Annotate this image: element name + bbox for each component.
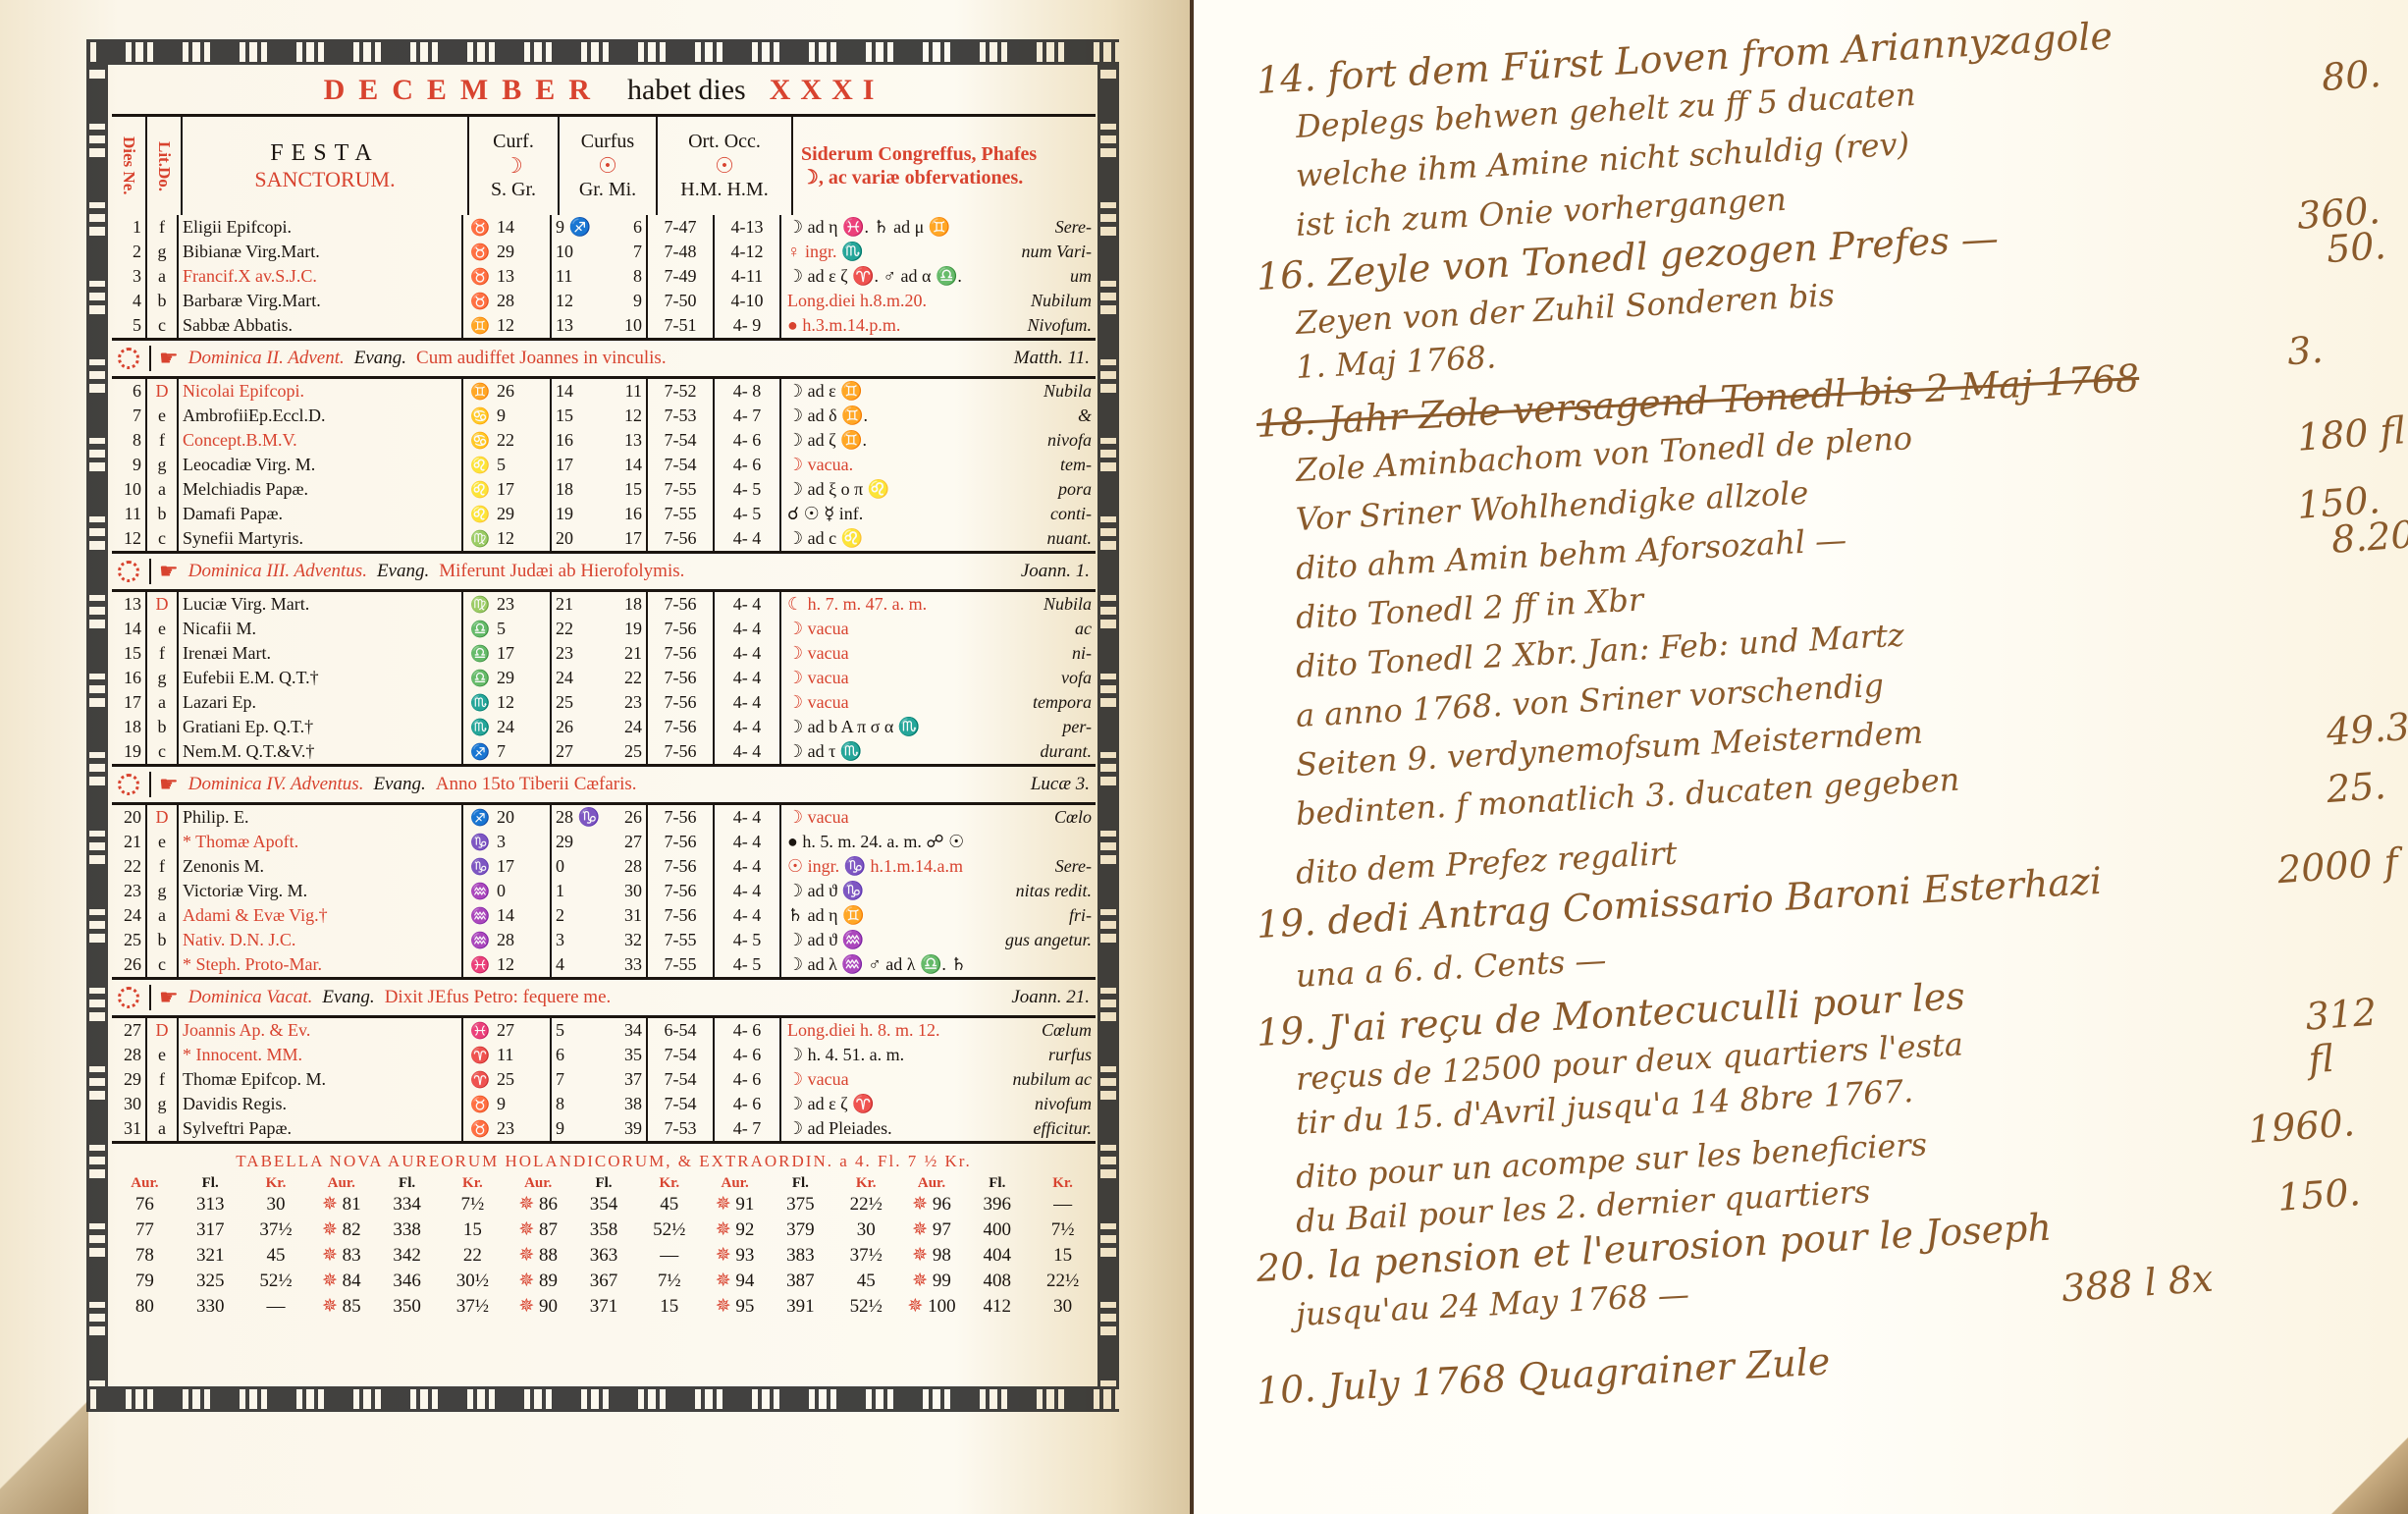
table-cell: 371 bbox=[571, 1294, 637, 1320]
saint-feast: AmbrofiiEp.Eccl.D. bbox=[179, 404, 463, 428]
sunrise-time: 7-54 bbox=[648, 428, 715, 453]
zodiac-sign-icon: ♒ bbox=[463, 931, 497, 950]
sunrise-time: 7-56 bbox=[648, 854, 715, 879]
weather-forecast: & bbox=[964, 406, 1096, 426]
moon-degree: 23 bbox=[497, 592, 552, 617]
sunset-time: 4- 6 bbox=[715, 1092, 781, 1116]
sunset-time: 4- 5 bbox=[715, 477, 781, 502]
saint-feast: * Innocent. MM. bbox=[179, 1043, 463, 1067]
star-ornament-icon: ✵ bbox=[716, 1194, 736, 1215]
calendar-day-row: 20DPhilip. E.♐2028 ♑267-564- 4☽ vacuaCœl… bbox=[112, 805, 1096, 830]
sun-degree: 15 bbox=[552, 406, 599, 426]
ledger-entry-line: 10. July 1768 Quagrainer Zule bbox=[1256, 1339, 1832, 1413]
header-dies: Dies Ne. bbox=[119, 136, 138, 194]
calendar-day-row: 21e* Thomæ Apoft.♑329277-564- 4● h. 5. m… bbox=[112, 830, 1096, 854]
sun-minute: 8 bbox=[599, 264, 648, 289]
table-cell: 354 bbox=[571, 1192, 637, 1217]
saint-feast: Adami & Evæ Vig.† bbox=[179, 903, 463, 928]
sunset-time: 4- 4 bbox=[715, 903, 781, 928]
saint-feast: Davidis Regis. bbox=[179, 1092, 463, 1116]
table-cell: 30½ bbox=[440, 1269, 506, 1294]
astronomical-observation: ☽ ad η ♓. ♄ ad μ ♊ bbox=[781, 217, 964, 238]
table-cell: ✵ 88 bbox=[506, 1243, 571, 1269]
sunset-time: 4- 4 bbox=[715, 715, 781, 739]
day-number: 1 bbox=[112, 217, 145, 238]
sunrise-time: 7-52 bbox=[648, 379, 715, 404]
sunrise-time: 7-55 bbox=[648, 477, 715, 502]
sunset-time: 4-10 bbox=[715, 289, 781, 313]
day-number: 13 bbox=[112, 594, 145, 615]
calendar-day-row: 25bNativ. D.N. J.C.♒283327-554- 5☽ ad ϑ … bbox=[112, 928, 1096, 952]
zodiac-sign-icon: ♏ bbox=[463, 718, 497, 737]
calendar-day-row: 31aSylveftri Papæ.♉239397-534- 7☽ ad Ple… bbox=[112, 1116, 1096, 1141]
saint-feast: Nem.M. Q.T.&V.† bbox=[179, 739, 463, 764]
sun-minute: 30 bbox=[599, 879, 648, 903]
ornamental-border-bottom bbox=[86, 1386, 1119, 1412]
table-cell: 80 bbox=[112, 1294, 178, 1320]
sun-degree: 22 bbox=[552, 619, 599, 639]
astronomical-observation: ☽ ad ξ ο π ♌ bbox=[781, 479, 964, 500]
calendar-day-row: 13DLuciæ Virg. Mart.♍2321187-564- 4☾ h. … bbox=[112, 592, 1096, 617]
sun-minute: 10 bbox=[599, 313, 648, 338]
sun-minute: 19 bbox=[599, 617, 648, 641]
gospel-text: Cum audiffet Joannes in vinculis. bbox=[416, 348, 667, 369]
sunset-time: 4- 4 bbox=[715, 641, 781, 666]
weather-forecast: ni- bbox=[964, 643, 1096, 664]
table-cell: 391 bbox=[768, 1294, 833, 1320]
table-cell: 325 bbox=[178, 1269, 243, 1294]
sun-degree: 2 bbox=[552, 905, 599, 926]
weather-forecast: tempora bbox=[964, 692, 1096, 713]
ledger-entry-line: dito Tonedl 2 ff in Xbr bbox=[1295, 580, 1644, 636]
moon-degree: 12 bbox=[497, 952, 552, 977]
zodiac-sign-icon: ♒ bbox=[463, 906, 497, 926]
zodiac-sign-icon: ♎ bbox=[463, 620, 497, 639]
day-number: 23 bbox=[112, 881, 145, 901]
dominical-letter: b bbox=[145, 715, 179, 739]
day-number: 30 bbox=[112, 1094, 145, 1114]
zodiac-sign-icon: ♐ bbox=[463, 808, 497, 828]
dominical-letter: D bbox=[145, 379, 179, 404]
moon-degree: 27 bbox=[497, 1018, 552, 1043]
moon-degree: 12 bbox=[497, 313, 552, 338]
saint-feast: Victoriæ Virg. M. bbox=[179, 879, 463, 903]
table-cell: — bbox=[1030, 1192, 1096, 1217]
astronomical-observation: ☽ h. 4. 51. a. m. bbox=[781, 1045, 964, 1065]
sun-degree: 5 bbox=[552, 1020, 599, 1041]
sun-minute: 34 bbox=[599, 1018, 648, 1043]
ledger-entry-line: 1. Maj 1768. bbox=[1295, 338, 1497, 386]
weather-forecast: Cœlum bbox=[964, 1020, 1096, 1041]
calendar-day-row: 16gEufebii E.M. Q.T.†♎2924227-564- 4☽ va… bbox=[112, 666, 1096, 690]
table-cell: 313 bbox=[178, 1192, 243, 1217]
sun-degree: 21 bbox=[552, 594, 599, 615]
moon-degree: 29 bbox=[497, 240, 552, 264]
sun-icon bbox=[118, 774, 139, 795]
zodiac-sign-icon: ♋ bbox=[463, 406, 497, 426]
weather-forecast: nubilum ac bbox=[964, 1069, 1096, 1090]
table-header: Fl. bbox=[571, 1175, 637, 1192]
table-cell: ✵ 81 bbox=[308, 1192, 374, 1217]
astronomical-observation: ☽ vacua bbox=[781, 668, 964, 688]
gospel-text: Anno 15to Tiberii Cæfaris. bbox=[436, 774, 637, 795]
sun-degree: 25 bbox=[552, 692, 599, 713]
table-cell: ✵ 89 bbox=[506, 1269, 571, 1294]
saint-feast: Synefii Martyris. bbox=[179, 526, 463, 551]
sun-degree: 12 bbox=[552, 291, 599, 311]
weather-forecast: efficitur. bbox=[964, 1118, 1096, 1139]
sunrise-time: 7-56 bbox=[648, 805, 715, 830]
table-cell: 404 bbox=[964, 1243, 1030, 1269]
table-cell: 22 bbox=[440, 1243, 506, 1269]
saint-feast: Eufebii E.M. Q.T.† bbox=[179, 666, 463, 690]
moon-degree: 3 bbox=[497, 830, 552, 854]
sunset-time: 4- 6 bbox=[715, 1043, 781, 1067]
calendar-day-row: 9gLeocadiæ Virg. M.♌517147-544- 6☽ vacua… bbox=[112, 453, 1096, 477]
evangelium-label: Evang. bbox=[322, 987, 374, 1008]
calendar-day-row: 22fZenonis M.♑170287-564- 4☉ ingr. ♑ h.1… bbox=[112, 854, 1096, 879]
weather-forecast: Cœlo bbox=[964, 807, 1096, 828]
table-cell: 30 bbox=[833, 1217, 899, 1243]
zodiac-sign-icon: ♊ bbox=[463, 316, 497, 336]
astronomical-observation: ☽ ad ϑ ♒ bbox=[781, 930, 964, 950]
calendar-day-row: 23gVictoriæ Virg. M.♒01307-564- 4☽ ad ϑ … bbox=[112, 879, 1096, 903]
sun-degree: 19 bbox=[552, 504, 599, 524]
weather-forecast: per- bbox=[964, 717, 1096, 737]
star-ornament-icon: ✵ bbox=[518, 1194, 539, 1215]
dominical-letter: c bbox=[145, 526, 179, 551]
table-header: Fl. bbox=[178, 1175, 243, 1192]
table-cell: 317 bbox=[178, 1217, 243, 1243]
sun-minute: 38 bbox=[599, 1092, 648, 1116]
sun-degree: 16 bbox=[552, 430, 599, 451]
sunrise-time: 7-55 bbox=[648, 952, 715, 977]
sun-degree: 18 bbox=[552, 479, 599, 500]
zodiac-sign-icon: ♏ bbox=[463, 693, 497, 713]
table-cell: 45 bbox=[833, 1269, 899, 1294]
sun-minute: 25 bbox=[599, 739, 648, 764]
table-cell: 37½ bbox=[440, 1294, 506, 1320]
moon-degree: 7 bbox=[497, 739, 552, 764]
dominical-letter: a bbox=[145, 477, 179, 502]
table-cell: ✵ 87 bbox=[506, 1217, 571, 1243]
moon-degree: 14 bbox=[497, 215, 552, 240]
calendar-day-row: 26c* Steph. Proto-Mar.♓124337-554- 5☽ ad… bbox=[112, 952, 1096, 977]
astronomical-observation: ☽ vacua bbox=[781, 643, 964, 664]
sunset-time: 4- 4 bbox=[715, 526, 781, 551]
day-number: 3 bbox=[112, 266, 145, 287]
astronomical-observation: ☽ ad ε ζ ♈ bbox=[781, 1094, 964, 1114]
calendar-day-row: 2gBibianæ Virg.Mart.♉291077-484-12♀ ingr… bbox=[112, 240, 1096, 264]
dominical-letter: c bbox=[145, 952, 179, 977]
table-header: Kr. bbox=[243, 1175, 309, 1192]
moon-degree: 12 bbox=[497, 526, 552, 551]
ledger-amount: 3. bbox=[2286, 328, 2325, 373]
days-count: XXXI bbox=[770, 74, 884, 107]
zodiac-sign-icon: ♉ bbox=[463, 243, 497, 262]
dominical-letter: a bbox=[145, 1116, 179, 1141]
column-headers: Dies Ne. Lit.Do. FESTA SANCTORUM. Curf. … bbox=[112, 117, 1096, 215]
sun-minute: 15 bbox=[599, 477, 648, 502]
astronomical-observation: ☽ ad b A π σ α ♏ bbox=[781, 717, 964, 737]
saint-feast: Barbaræ Virg.Mart. bbox=[179, 289, 463, 313]
sunrise-time: 7-53 bbox=[648, 404, 715, 428]
weather-forecast: nitas redit. bbox=[964, 881, 1096, 901]
table-cell: — bbox=[243, 1294, 309, 1320]
header-festa: FESTA bbox=[270, 140, 379, 167]
table-cell: ✵ 97 bbox=[899, 1217, 965, 1243]
sun-minute: 12 bbox=[599, 404, 648, 428]
zodiac-sign-icon: ♐ bbox=[463, 742, 497, 762]
table-cell: 342 bbox=[374, 1243, 440, 1269]
sunrise-time: 7-55 bbox=[648, 928, 715, 952]
table-cell: 15 bbox=[636, 1294, 702, 1320]
pointing-hand-icon: ☛ bbox=[149, 772, 179, 797]
table-header: Aur. bbox=[702, 1175, 768, 1192]
sunrise-time: 7-56 bbox=[648, 526, 715, 551]
sunrise-time: 7-56 bbox=[648, 666, 715, 690]
sunset-time: 4- 9 bbox=[715, 313, 781, 338]
table-cell: 412 bbox=[964, 1294, 1030, 1320]
header-observations-1: Siderum Congreffus, Phafes bbox=[801, 142, 1037, 166]
zodiac-sign-icon: ♑ bbox=[463, 857, 497, 877]
gospel-text: Miferunt Judæi ab Hierofolymis. bbox=[439, 561, 684, 582]
sun-minute: 21 bbox=[599, 641, 648, 666]
star-ornament-icon: ✵ bbox=[322, 1194, 343, 1215]
table-cell: 22½ bbox=[1030, 1269, 1096, 1294]
table-cell: 79 bbox=[112, 1269, 178, 1294]
saint-feast: Philip. E. bbox=[179, 805, 463, 830]
sun-minute: 23 bbox=[599, 690, 648, 715]
weather-forecast: tem- bbox=[964, 455, 1096, 475]
ledger-amount: 25. bbox=[2326, 764, 2387, 811]
weather-forecast: fri- bbox=[964, 905, 1096, 926]
calendar-day-row: 1fEligii Epifcopi.♉149 ♐67-474-13☽ ad η … bbox=[112, 215, 1096, 240]
ledger-amount: 388 l 8x bbox=[2060, 1257, 2215, 1311]
zodiac-sign-icon: ♉ bbox=[463, 1119, 497, 1139]
weather-forecast: um bbox=[964, 266, 1096, 287]
saint-feast: Eligii Epifcopi. bbox=[179, 215, 463, 240]
table-header: Kr. bbox=[1030, 1175, 1096, 1192]
sunrise-time: 7-56 bbox=[648, 879, 715, 903]
moon-degree: 14 bbox=[497, 903, 552, 928]
moon-degree: 29 bbox=[497, 502, 552, 526]
astronomical-observation: ♄ ad η ♊ bbox=[781, 905, 964, 926]
sunset-time: 4- 4 bbox=[715, 879, 781, 903]
table-cell: 37½ bbox=[243, 1217, 309, 1243]
table-cell: 383 bbox=[768, 1243, 833, 1269]
calendar-day-row: 14eNicafii M.♎522197-564- 4☽ vacuaac bbox=[112, 617, 1096, 641]
moon-degree: 25 bbox=[497, 1067, 552, 1092]
day-number: 31 bbox=[112, 1118, 145, 1139]
saint-feast: Lazari Ep. bbox=[179, 690, 463, 715]
table-header: Kr. bbox=[833, 1175, 899, 1192]
table-cell: 330 bbox=[178, 1294, 243, 1320]
sunset-time: 4- 6 bbox=[715, 453, 781, 477]
astronomical-observation: ☽ vacua. bbox=[781, 455, 964, 475]
day-number: 26 bbox=[112, 954, 145, 975]
table-cell: 400 bbox=[964, 1217, 1030, 1243]
dominical-letter: b bbox=[145, 289, 179, 313]
saint-feast: Sabbæ Abbatis. bbox=[179, 313, 463, 338]
table-cell: 52½ bbox=[833, 1294, 899, 1320]
day-number: 29 bbox=[112, 1069, 145, 1090]
sunset-time: 4- 4 bbox=[715, 739, 781, 764]
weather-forecast: Nubila bbox=[964, 381, 1096, 402]
day-number: 19 bbox=[112, 741, 145, 762]
habet-dies: habet dies bbox=[627, 74, 746, 107]
sun-degree: 29 bbox=[552, 832, 599, 852]
star-ornament-icon: ✵ bbox=[322, 1219, 343, 1240]
day-number: 5 bbox=[112, 315, 145, 336]
dominical-letter: g bbox=[145, 240, 179, 264]
saint-feast: Irenæi Mart. bbox=[179, 641, 463, 666]
astronomical-observation: ☽ ad τ ♏ bbox=[781, 741, 964, 762]
sunrise-time: 7-54 bbox=[648, 1067, 715, 1092]
star-ornament-icon: ✵ bbox=[907, 1296, 928, 1317]
sun-degree: 24 bbox=[552, 668, 599, 688]
ledger-amount: 312 fl bbox=[2304, 989, 2408, 1082]
weather-forecast: nivofum bbox=[964, 1094, 1096, 1114]
sunrise-time: 7-56 bbox=[648, 617, 715, 641]
sun-degree: 13 bbox=[552, 315, 599, 336]
day-number: 8 bbox=[112, 430, 145, 451]
sun-icon bbox=[118, 348, 139, 369]
table-header: Fl. bbox=[374, 1175, 440, 1192]
moon-degree: 12 bbox=[497, 690, 552, 715]
sun-degree: 17 bbox=[552, 455, 599, 475]
star-ornament-icon: ✵ bbox=[322, 1296, 343, 1317]
sun-minute: 22 bbox=[599, 666, 648, 690]
sun-degree: 1 bbox=[552, 881, 599, 901]
calendar-day-row: 12cSynefii Martyris.♍1220177-564- 4☽ ad … bbox=[112, 526, 1096, 551]
saint-feast: Nicolai Epifcopi. bbox=[179, 379, 463, 404]
book-spread: DECEMBER habet dies XXXI Dies Ne. Lit.Do… bbox=[0, 0, 2408, 1514]
dominical-letter: b bbox=[145, 502, 179, 526]
zodiac-sign-icon: ♊ bbox=[463, 382, 497, 402]
day-number: 12 bbox=[112, 528, 145, 549]
gospel-text: Dixit JEfus Petro: fequere me. bbox=[385, 987, 612, 1008]
ledger-amount: 180 fl bbox=[2296, 408, 2407, 460]
sun-minute: 6 bbox=[599, 215, 648, 240]
dominical-letter: D bbox=[145, 592, 179, 617]
saint-feast: Luciæ Virg. Mart. bbox=[179, 592, 463, 617]
calendar-day-row: 7eAmbrofiiEp.Eccl.D.♋915127-534- 7☽ ad δ… bbox=[112, 404, 1096, 428]
calendar-day-row: 5cSabbæ Abbatis.♊1213107-514- 9● h.3.m.1… bbox=[112, 313, 1096, 338]
moon-degree: 23 bbox=[497, 1116, 552, 1141]
moon-degree: 9 bbox=[497, 404, 552, 428]
day-number: 18 bbox=[112, 717, 145, 737]
sunday-name: Dominica II. Advent. bbox=[188, 348, 345, 369]
sun-degree: 26 bbox=[552, 717, 599, 737]
sunday-name: Dominica Vacat. bbox=[188, 987, 313, 1008]
table-cell: 52½ bbox=[636, 1217, 702, 1243]
sunset-time: 4- 6 bbox=[715, 1067, 781, 1092]
moon-degree: 24 bbox=[497, 715, 552, 739]
saint-feast: Leocadiæ Virg. M. bbox=[179, 453, 463, 477]
star-ornament-icon: ✵ bbox=[912, 1271, 933, 1291]
astronomical-observation: ● h. 5. m. 24. a. m. ☍ ☉ ♄ bbox=[781, 832, 964, 852]
table-cell: 379 bbox=[768, 1217, 833, 1243]
saint-feast: Gratiani Ep. Q.T.† bbox=[179, 715, 463, 739]
calendar-day-row: 10aMelchiadis Papæ.♌1718157-554- 5☽ ad ξ… bbox=[112, 477, 1096, 502]
saint-feast: * Thomæ Apoft. bbox=[179, 830, 463, 854]
astronomical-observation: ☽ ad ε ♊ bbox=[781, 381, 964, 402]
sunrise-time: 7-56 bbox=[648, 690, 715, 715]
table-cell: ✵ 84 bbox=[308, 1269, 374, 1294]
dominical-letter: a bbox=[145, 903, 179, 928]
sunday-header: ☛Dominica II. Advent.Evang.Cum audiffet … bbox=[112, 338, 1096, 379]
table-cell: ✵ 95 bbox=[702, 1294, 768, 1320]
day-number: 20 bbox=[112, 807, 145, 828]
table-header: Fl. bbox=[768, 1175, 833, 1192]
astronomical-observation: ☾ h. 7. m. 47. a. m. bbox=[781, 594, 964, 615]
dominical-letter: f bbox=[145, 1067, 179, 1092]
sunrise-time: 7-48 bbox=[648, 240, 715, 264]
sun-degree: 3 bbox=[552, 930, 599, 950]
star-ornament-icon: ✵ bbox=[912, 1219, 933, 1240]
header-curs-luna: Curf. bbox=[493, 131, 534, 153]
evangelium-label: Evang. bbox=[354, 348, 406, 369]
table-cell: 408 bbox=[964, 1269, 1030, 1294]
calendar-weeks: 1fEligii Epifcopi.♉149 ♐67-474-13☽ ad η … bbox=[112, 215, 1096, 1141]
weather-forecast: nuant. bbox=[964, 528, 1096, 549]
table-cell: 45 bbox=[243, 1243, 309, 1269]
table-cell: 334 bbox=[374, 1192, 440, 1217]
day-number: 2 bbox=[112, 242, 145, 262]
tabella-title: TABELLA NOVA AUREORUM HOLANDICORUM, & EX… bbox=[112, 1141, 1096, 1175]
sun-minute: 27 bbox=[599, 830, 648, 854]
star-ornament-icon: ✵ bbox=[518, 1245, 539, 1266]
table-cell: ✵ 85 bbox=[308, 1294, 374, 1320]
moon-degree: 17 bbox=[497, 641, 552, 666]
dominical-letter: e bbox=[145, 404, 179, 428]
zodiac-sign-icon: ♍ bbox=[463, 595, 497, 615]
star-ornament-icon: ✵ bbox=[322, 1245, 343, 1266]
sunset-time: 4- 5 bbox=[715, 928, 781, 952]
zodiac-sign-icon: ♈ bbox=[463, 1070, 497, 1090]
ledger-amount: 49.30 bbox=[2326, 703, 2408, 753]
sunrise-time: 7-56 bbox=[648, 715, 715, 739]
sun-degree: 9 bbox=[552, 1118, 599, 1139]
sunset-time: 4- 5 bbox=[715, 952, 781, 977]
zodiac-sign-icon: ♌ bbox=[463, 505, 497, 524]
day-number: 11 bbox=[112, 504, 145, 524]
moon-degree: 28 bbox=[497, 289, 552, 313]
saint-feast: Damafi Papæ. bbox=[179, 502, 463, 526]
weather-forecast: durant. bbox=[964, 741, 1096, 762]
sun-degree: 7 bbox=[552, 1069, 599, 1090]
sun-minute: 39 bbox=[599, 1116, 648, 1141]
ledger-amount: 8.20 bbox=[2330, 513, 2408, 562]
star-ornament-icon: ✵ bbox=[716, 1219, 736, 1240]
ledger-entry-line: dito dem Prefez regalirt bbox=[1295, 835, 1678, 892]
sunday-header: ☛Dominica III. Adventus.Evang.Miferunt J… bbox=[112, 551, 1096, 592]
sunset-time: 4- 6 bbox=[715, 428, 781, 453]
sun-icon: ☉ bbox=[598, 153, 617, 179]
astronomical-observation: ☌ ☉ ☿ inf. bbox=[781, 504, 964, 524]
sunrise-time: 6-54 bbox=[648, 1018, 715, 1043]
sun-degree: 27 bbox=[552, 741, 599, 762]
moon-degree: 5 bbox=[497, 617, 552, 641]
day-number: 22 bbox=[112, 856, 145, 877]
saint-feast: Nicafii M. bbox=[179, 617, 463, 641]
sun-minute: 11 bbox=[599, 379, 648, 404]
dominical-letter: g bbox=[145, 1092, 179, 1116]
table-cell: 321 bbox=[178, 1243, 243, 1269]
weather-forecast: vofa bbox=[964, 668, 1096, 688]
sun-degree: 10 bbox=[552, 242, 599, 262]
